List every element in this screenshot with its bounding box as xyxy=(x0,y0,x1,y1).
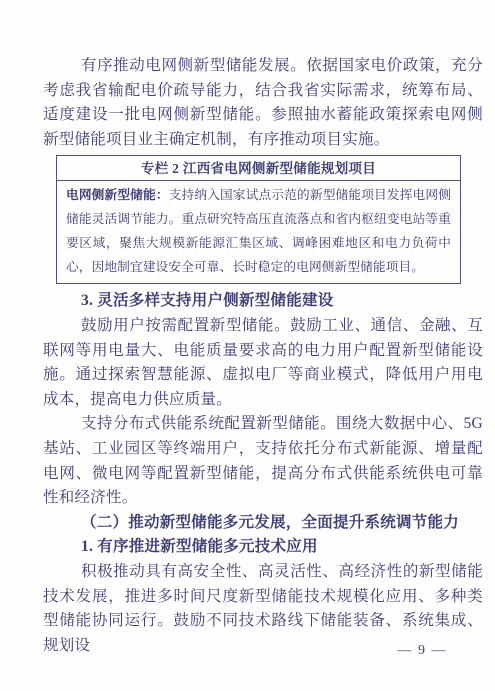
heading-multi-tech-application: 1. 有序推进新型储能多元技术应用 xyxy=(43,535,483,560)
document-page: 有序推动电网侧新型储能发展。依据国家电价政策，充分考虑我省输配电价疏导能力，结合… xyxy=(0,0,495,691)
page-number: — 9 — xyxy=(398,643,448,659)
document-content: 有序推动电网侧新型储能发展。依据国家电价政策，充分考虑我省输配电价疏导能力，结合… xyxy=(43,54,483,658)
paragraph-grid-side-storage: 有序推动电网侧新型储能发展。依据国家电价政策，充分考虑我省输配电价疏导能力，结合… xyxy=(43,54,483,152)
column-box-title: 专栏 2 江西省电网侧新型储能规划项目 xyxy=(57,156,460,181)
column-box-2: 专栏 2 江西省电网侧新型储能规划项目 电网侧新型储能：支持纳入国家试点示范的新… xyxy=(56,155,461,284)
paragraph-user-side-storage: 鼓励用户按需配置新型储能。鼓励工业、通信、金融、互联网等用电量大、电能质量要求高… xyxy=(43,314,483,412)
column-box-lead-term: 电网侧新型储能： xyxy=(66,188,169,202)
paragraph-distributed-supply: 支持分布式供能系统配置新型储能。围绕大数据中心、5G基站、工业园区等终端用户，支… xyxy=(43,412,483,510)
column-box-body: 电网侧新型储能：支持纳入国家试点示范的新型储能项目发挥电网侧储能灵活调节能力。重… xyxy=(57,181,460,283)
heading-user-side-storage: 3. 灵活多样支持用户侧新型储能建设 xyxy=(43,289,483,314)
heading-section-two: （二）推动新型储能多元发展，全面提升系统调节能力 xyxy=(43,511,483,536)
